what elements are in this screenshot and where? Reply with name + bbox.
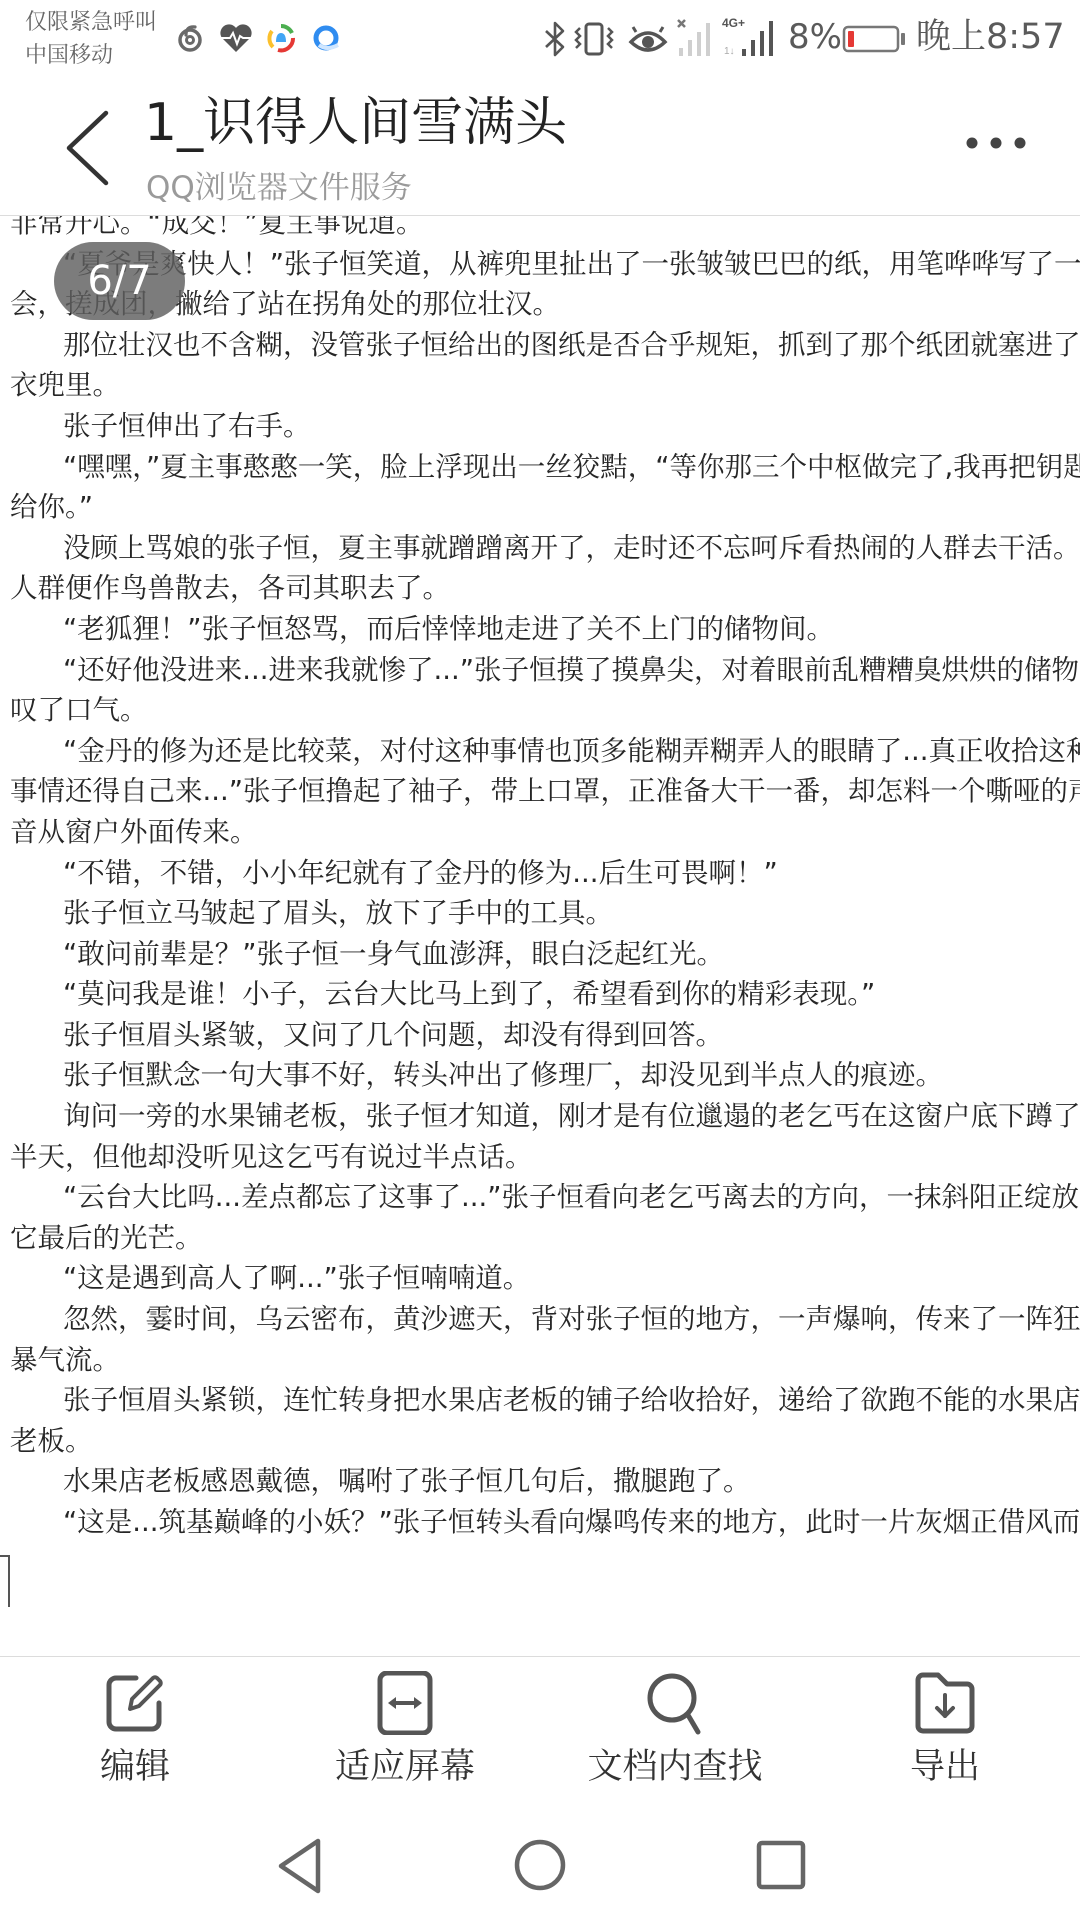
text-line: “莫问我是谁！小子，云台大比马上到了，希望看到你的精彩表现。” [0,974,1080,1015]
page-indicator-badge: 6/7 [54,242,185,320]
text-line: 暴气流。 [0,1340,1080,1381]
sim2-4g-signal-icon: 4G+ 1↓ [722,16,784,58]
text-line: 张子恒默念一句大事不好，转头冲出了修理厂，却没见到半点人的痕迹。 [0,1055,1080,1096]
export-label: 导出 [810,1745,1080,1789]
text-line: 询问一旁的水果铺老板，张子恒才知道，刚才是有位邋遢的老乞丐在这窗户底下蹲了 [0,1096,1080,1137]
network-type-label: 4G+ [722,16,745,30]
battery-icon [842,25,906,53]
nav-home-button[interactable] [513,1838,567,1892]
export-button[interactable]: 导出 [810,1657,1080,1801]
text-line: 半天，但他却没听见这乞丐有说过半点话。 [0,1137,1080,1178]
vibrate-icon [574,20,614,58]
text-line: “嘿嘿，”夏主事憨憨一笑，脸上浮现出一丝狡黠，“等你那三个中枢做完了,我再把钥匙 [0,447,1080,488]
text-line: 那位壮汉也不含糊，没管张子恒给出的图纸是否合乎规矩，抓到了那个纸团就塞进了 [0,325,1080,366]
qq-browser-icon [311,23,341,53]
text-line: 衣兜里。 [0,365,1080,406]
document-source: QQ浏览器文件服务 [146,168,412,208]
text-line: 水果店老板感恩戴德，嘱咐了张子恒几句后，撒腿跑了。 [0,1461,1080,1502]
clock-time: 晚上8:57 [916,16,1065,58]
text-line: 张子恒立马皱起了眉头，放下了手中的工具。 [0,893,1080,934]
eye-comfort-icon [628,20,668,58]
text-line: “还好他没进来...进来我就惨了...”张子恒摸了摸鼻尖，对着眼前乱糟糟臭烘烘的… [0,650,1080,691]
text-line: “敢问前辈是？”张子恒一身气血澎湃，眼白泛起红光。 [0,934,1080,975]
sim1-no-service-signal-icon [676,18,714,58]
text-line: 忽然，霎时间，乌云密布，黄沙遮天，背对张子恒的地方，一声爆响，传来了一阵狂 [0,1299,1080,1340]
bottom-toolbar: 编辑 适应屏幕 文档内查找 导出 [0,1656,1080,1801]
netease-cloud-music-icon [176,23,204,53]
text-line: “这是遇到高人了啊...”张子恒喃喃道。 [0,1258,1080,1299]
edit-icon [103,1671,167,1735]
document-title: 1_识得人间雪满头 [144,92,567,154]
svg-text:1↓: 1↓ [724,46,735,57]
app-header: 1_识得人间雪满头 QQ浏览器文件服务 [0,80,1080,216]
page-boundary-marker [0,1555,10,1607]
text-line: 老板。 [0,1421,1080,1462]
text-line: “金丹的修为还是比较菜，对付这种事情也顶多能糊弄糊弄人的眼睛了...真正收拾这种 [0,731,1080,772]
text-line: 它最后的光芒。 [0,1218,1080,1259]
fit-screen-label: 适应屏幕 [270,1745,540,1789]
document-viewer[interactable]: 非常开心。“成交！”夏主事说道。 “夏爷是爽快人！”张子恒笑道，从裤兜里扯出了一… [0,216,1080,1655]
document-page-text: 非常开心。“成交！”夏主事说道。 “夏爷是爽快人！”张子恒笑道，从裤兜里扯出了一… [0,216,1080,1543]
text-line: 给你。” [0,487,1080,528]
text-line: 音从窗户外面传来。 [0,812,1080,853]
text-line: 张子恒伸出了右手。 [0,406,1080,447]
battery-percent: 8% [788,17,842,57]
text-line: 事情还得自己来...”张子恒撸起了袖子，带上口罩，正准备大干一番，却怎料一个嘶哑… [0,771,1080,812]
fit-screen-button[interactable]: 适应屏幕 [270,1657,540,1801]
bluetooth-icon [542,20,568,58]
chevron-left-icon [69,113,106,183]
health-heart-icon [218,23,254,53]
text-line: 非常开心。“成交！”夏主事说道。 [0,216,1080,244]
recents-square-icon [759,1843,803,1887]
more-menu-button[interactable] [956,130,1034,156]
find-in-document-label: 文档内查找 [540,1745,810,1789]
text-line: 张子恒眉头紧皱，又问了几个问题，却没有得到回答。 [0,1015,1080,1056]
fit-screen-icon [373,1671,437,1735]
find-in-document-button[interactable]: 文档内查找 [540,1657,810,1801]
text-line: 没顾上骂娘的张子恒，夏主事就蹭蹭离开了，走时还不忘呵斥看热闹的人群去干活。 [0,528,1080,569]
text-line: 张子恒眉头紧锁，连忙转身把水果店老板的铺子给收拾好，递给了欲跑不能的水果店 [0,1380,1080,1421]
edit-button[interactable]: 编辑 [0,1657,270,1801]
system-navigation-bar [0,1800,1080,1920]
status-bar: 仅限紧急呼叫 中国移动 4G+ [0,0,1080,80]
home-circle-icon [517,1842,563,1888]
nav-recents-button[interactable] [756,1840,806,1890]
back-button[interactable] [60,110,116,186]
tencent-news-icon [266,23,296,53]
carrier-name-text: 中国移动 [25,43,113,69]
edit-label: 编辑 [0,1745,270,1789]
nav-back-button[interactable] [276,1837,324,1895]
carrier-emergency-text: 仅限紧急呼叫 [25,10,157,36]
search-icon [643,1671,707,1735]
text-line: 叹了口气。 [0,690,1080,731]
back-triangle-icon [281,1841,318,1891]
text-line: 人群便作鸟兽散去，各司其职去了。 [0,568,1080,609]
text-line: “不错，不错，小小年纪就有了金丹的修为...后生可畏啊！” [0,853,1080,894]
text-line: “这是...筑基巅峰的小妖？”张子恒转头看向爆鸣传来的地方，此时一片灰烟正借风而 [0,1502,1080,1543]
text-line: “云台大比吗...差点都忘了这事了...”张子恒看向老乞丐离去的方向，一抹斜阳正… [0,1177,1080,1218]
text-line: “老狐狸！”张子恒怒骂，而后悻悻地走进了关不上门的储物间。 [0,609,1080,650]
export-folder-icon [913,1671,977,1735]
more-dots-icon [967,138,1026,149]
